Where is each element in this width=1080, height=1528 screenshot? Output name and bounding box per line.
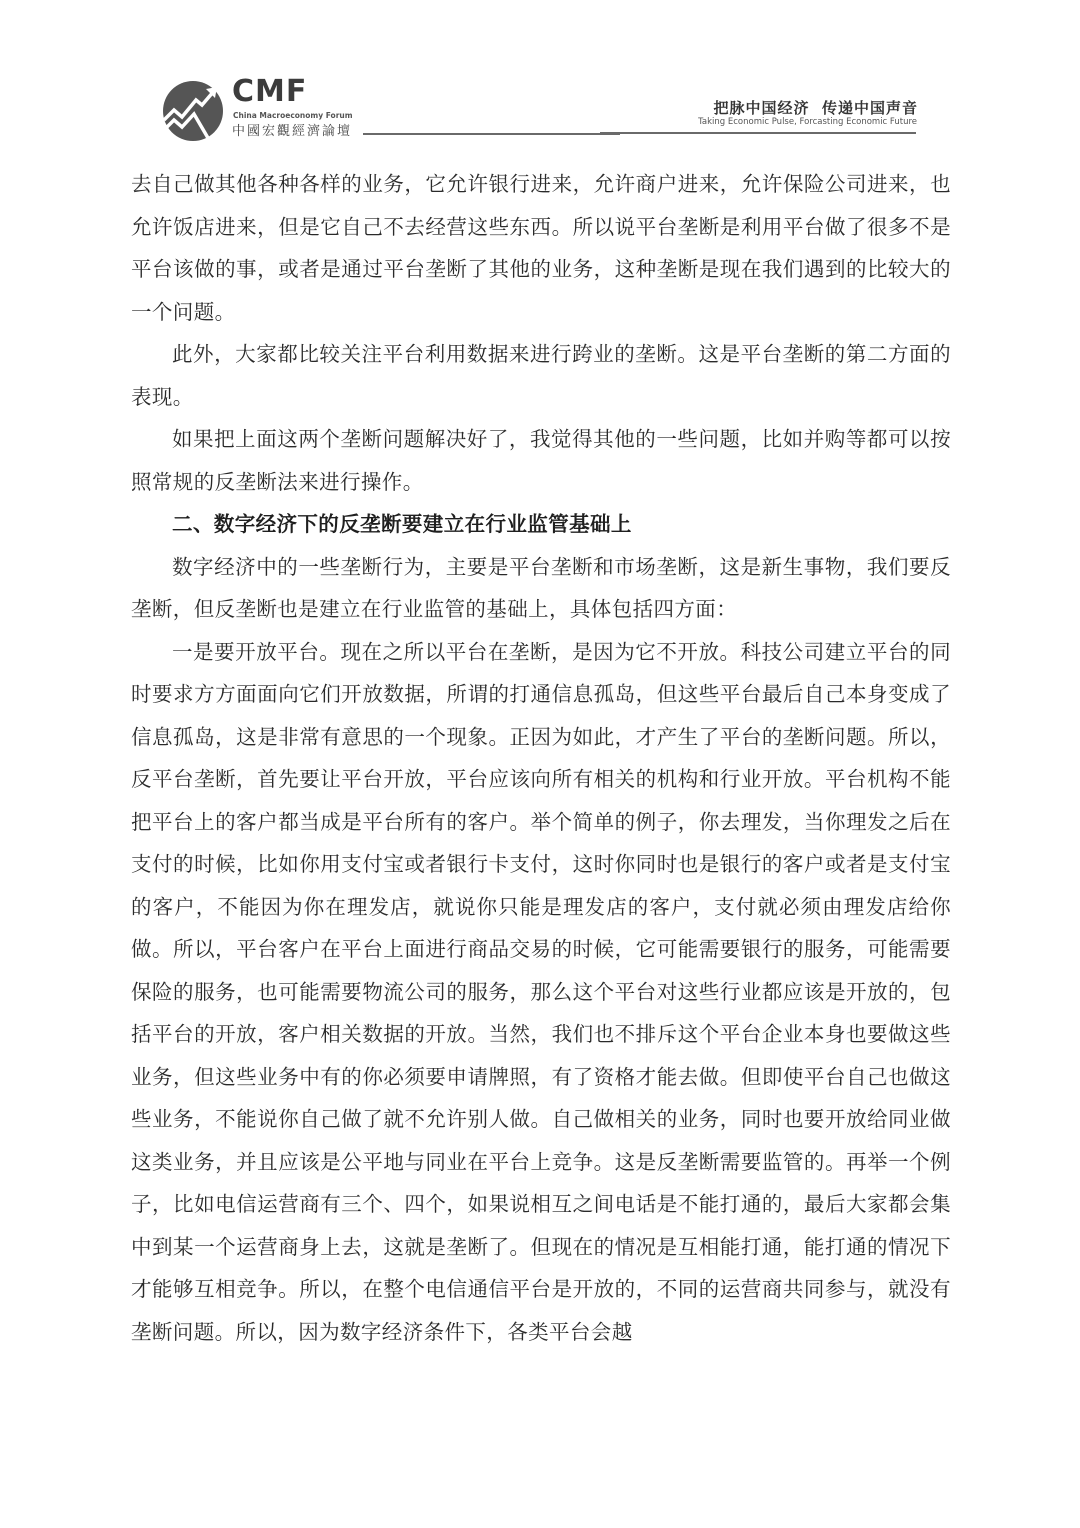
logo-english-name: China Macroeconomy Forum [233, 111, 353, 120]
paragraph: 一是要开放平台。现在之所以平台在垄断，是因为它不开放。科技公司建立平台的同时要求… [131, 631, 951, 1354]
slogan-english: Taking Economic Pulse, Forcasting Econom… [698, 117, 917, 127]
slogan-chinese: 把脉中国经济 传递中国声音 [714, 97, 918, 118]
paragraph: 数字经济中的一些垄断行为，主要是平台垄断和市场垄断，这是新生事物，我们要反垄断，… [131, 546, 951, 631]
page-header: CMF China Macroeconomy Forum 中國宏觀經濟論壇 把脉… [0, 0, 1080, 150]
paragraph: 去自己做其他各种各样的业务，它允许银行进来，允许商户进来，允许保险公司进来，也允… [131, 163, 951, 333]
logo-chinese-name: 中國宏觀經濟論壇 [232, 120, 352, 139]
rising-chart-circle-icon [162, 80, 224, 142]
header-divider [600, 132, 916, 134]
logo-abbreviation: CMF [232, 76, 307, 108]
section-heading: 二、数字经济下的反垄断要建立在行业监管基础上 [131, 503, 951, 546]
paragraph: 此外，大家都比较关注平台利用数据来进行跨业的垄断。这是平台垄断的第二方面的表现。 [131, 333, 951, 418]
paragraph: 如果把上面这两个垄断问题解决好了，我觉得其他的一些问题，比如并购等都可以按照常规… [131, 418, 951, 503]
header-divider [363, 133, 620, 135]
document-body: 去自己做其他各种各样的业务，它允许银行进来，允许商户进来，允许保险公司进来，也允… [131, 163, 951, 1353]
